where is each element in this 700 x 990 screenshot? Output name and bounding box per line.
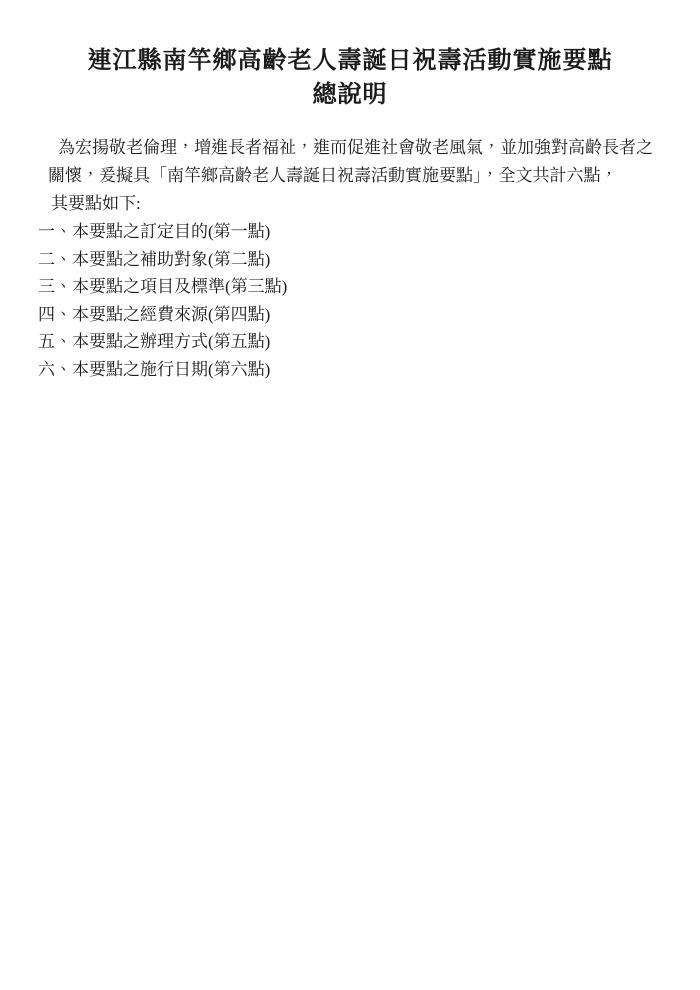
intro-paragraph-line-1: 為宏揚敬老倫理，增進長者福祉，進而促進社會敬老風氣，並加強對高齡長者之	[58, 134, 660, 162]
outline-item-2: 二、本要點之補助對象(第二點)	[38, 246, 660, 274]
outline-item-6: 六、本要點之施行日期(第六點)	[38, 356, 660, 384]
document-body: 為宏揚敬老倫理，增進長者福祉，進而促進社會敬老風氣，並加強對高齡長者之 關懷，爰…	[0, 134, 700, 383]
document-page: 連江縣南竿鄉高齡老人壽誕日祝壽活動實施要點 總說明 為宏揚敬老倫理，增進長者福祉…	[0, 0, 700, 990]
intro-paragraph-line-3: 其要點如下:	[51, 190, 660, 218]
outline-item-4: 四、本要點之經費來源(第四點)	[38, 301, 660, 329]
document-subtitle: 總說明	[0, 78, 700, 112]
document-title: 連江縣南竿鄉高齡老人壽誕日祝壽活動實施要點	[0, 44, 700, 78]
outline-item-1: 一、本要點之訂定目的(第一點)	[38, 218, 660, 246]
title-block: 連江縣南竿鄉高齡老人壽誕日祝壽活動實施要點 總說明	[0, 0, 700, 112]
outline-item-3: 三、本要點之項目及標準(第三點)	[38, 273, 660, 301]
outline-item-5: 五、本要點之辦理方式(第五點)	[38, 328, 660, 356]
intro-paragraph: 為宏揚敬老倫理，增進長者福祉，進而促進社會敬老風氣，並加強對高齡長者之 關懷，爰…	[38, 134, 660, 218]
outline-list: 一、本要點之訂定目的(第一點) 二、本要點之補助對象(第二點) 三、本要點之項目…	[38, 218, 660, 383]
intro-paragraph-line-2: 關懷，爰擬具「南竿鄉高齡老人壽誕日祝壽活動實施要點」，全文共計六點，	[48, 162, 660, 190]
